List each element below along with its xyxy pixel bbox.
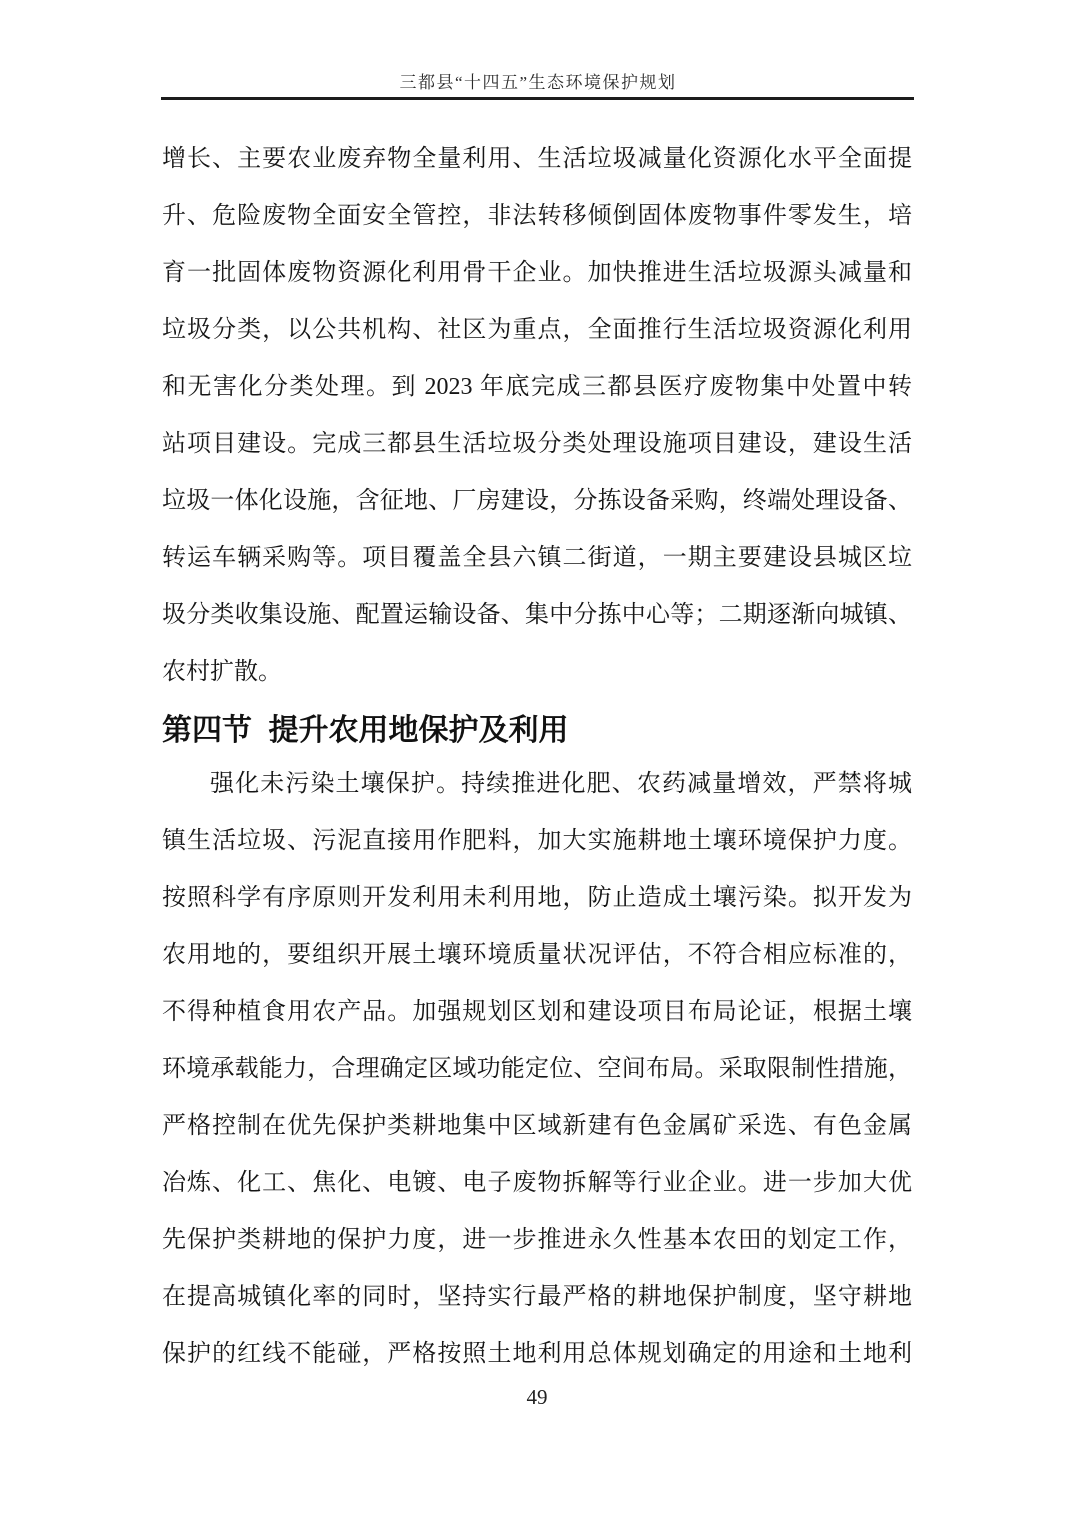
- text-line: 镇生活垃圾、污泥直接用作肥料，加大实施耕地土壤环境保护力度。: [162, 813, 912, 870]
- text-line: 转运车辆采购等。项目覆盖全县六镇二街道，一期主要建设县城区垃: [162, 530, 912, 587]
- text-line: 增长、主要农业废弃物全量利用、生活垃圾减量化资源化水平全面提: [162, 131, 912, 188]
- text-line: 农用地的，要组织开展土壤环境质量状况评估，不符合相应标准的，: [162, 927, 912, 984]
- text-line: 保护的红线不能碰，严格按照土地利用总体规划确定的用途和土地利: [162, 1326, 912, 1383]
- text-line: 农村扩散。: [162, 644, 912, 701]
- text-line: 先保护类耕地的保护力度，进一步推进永久性基本农田的划定工作，: [162, 1212, 912, 1269]
- header-rule-divider: [161, 97, 914, 100]
- section-heading-title: 提升农用地保护及利用: [269, 714, 569, 747]
- text-line: 和无害化分类处理。到 2023 年底完成三都县医疗废物集中处置中转: [162, 359, 912, 416]
- text-line: 圾分类收集设施、配置运输设备、集中分拣中心等；二期逐渐向城镇、: [162, 587, 912, 644]
- text-line: 按照科学有序原则开发利用未利用地，防止造成土壤污染。拟开发为: [162, 870, 912, 927]
- text-line: 严格控制在优先保护类耕地集中区域新建有色金属矿采选、有色金属: [162, 1098, 912, 1155]
- text-line: 育一批固体废物资源化利用骨干企业。加快推进生活垃圾源头减量和: [162, 245, 912, 302]
- section-heading: 第四节提升农用地保护及利用: [162, 702, 912, 759]
- page-number: 49: [0, 1385, 1074, 1410]
- text-line: 升、危险废物全面安全管控，非法转移倾倒固体废物事件零发生，培: [162, 188, 912, 245]
- text-line: 在提高城镇化率的同时，坚持实行最严格的耕地保护制度，坚守耕地: [162, 1269, 912, 1326]
- section-heading-number: 第四节: [162, 714, 252, 747]
- paragraph-solid-waste: 增长、主要农业废弃物全量利用、生活垃圾减量化资源化水平全面提升、危险废物全面安全…: [162, 131, 912, 701]
- text-line: 环境承载能力，合理确定区域功能定位、空间布局。采取限制性措施，: [162, 1041, 912, 1098]
- text-line: 垃圾一体化设施，含征地、厂房建设，分拣设备采购，终端处理设备、: [162, 473, 912, 530]
- text-line: 垃圾分类，以公共机构、社区为重点，全面推行生活垃圾资源化利用: [162, 302, 912, 359]
- page-header-title: 三都县“十四五”生态环境保护规划: [162, 68, 914, 93]
- text-line: 强化未污染土壤保护。持续推进化肥、农药减量增效，严禁将城: [162, 756, 912, 813]
- text-line: 冶炼、化工、焦化、电镀、电子废物拆解等行业企业。进一步加大优: [162, 1155, 912, 1212]
- paragraph-farmland-protection: 强化未污染土壤保护。持续推进化肥、农药减量增效，严禁将城镇生活垃圾、污泥直接用作…: [162, 756, 912, 1383]
- text-line: 站项目建设。完成三都县生活垃圾分类处理设施项目建设，建设生活: [162, 416, 912, 473]
- text-line: 不得种植食用农产品。加强规划区划和建设项目布局论证，根据土壤: [162, 984, 912, 1041]
